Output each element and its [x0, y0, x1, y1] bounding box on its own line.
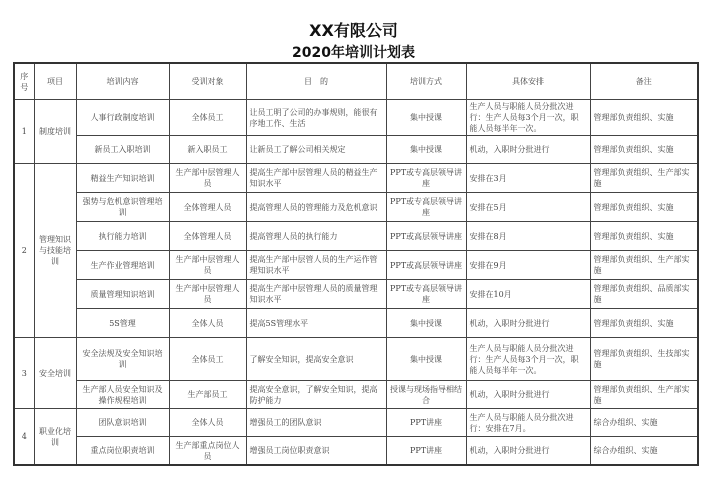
header-remark: 备注 — [590, 63, 698, 100]
cell-target: 生产部中层管理人员 — [169, 280, 246, 309]
cell-purpose: 让员工明了公司的办事规则，能很有序地工作、生活 — [246, 100, 386, 136]
cell-method: 集中授课 — [386, 309, 466, 338]
section-project: 制度培训 — [34, 100, 76, 164]
cell-purpose: 提高生产部中层管理人员的精益生产知识水平 — [246, 164, 386, 193]
table-row: 生产作业管理培训 生产部中层管理人员 提高生产部中层管人员的生产运作管理知识水平… — [14, 251, 698, 280]
cell-purpose: 提高管理人员的执行能力 — [246, 222, 386, 251]
table-row: 重点岗位职责培训 生产部重点岗位人员 增强员工岗位职责意识 PPT讲座 机动，入… — [14, 437, 698, 466]
cell-content: 新员工入职培训 — [76, 136, 169, 164]
section-no: 4 — [14, 409, 34, 466]
cell-target: 生产部重点岗位人员 — [169, 437, 246, 466]
section-no: 1 — [14, 100, 34, 164]
section-no: 3 — [14, 338, 34, 409]
cell-target: 全体员工 — [169, 338, 246, 381]
cell-content: 人事行政制度培训 — [76, 100, 169, 136]
table-row: 3 安全培训 安全法规及安全知识培训 全体员工 了解安全知识，提高安全意识 集中… — [14, 338, 698, 381]
cell-remark: 管理部负责组织、生产部实施 — [590, 164, 698, 193]
cell-schedule: 安排在8月 — [466, 222, 590, 251]
table-row: 生产部人员安全知识及操作规程培训 生产部员工 提高安全意识，了解安全知识，提高防… — [14, 381, 698, 409]
cell-purpose: 让新员工了解公司相关规定 — [246, 136, 386, 164]
cell-schedule: 安排在5月 — [466, 193, 590, 222]
cell-remark: 管理部负责组织、生技部实施 — [590, 338, 698, 381]
cell-schedule: 生产人员与职能人员分批次进行：生产人员每3个月一次，职能人员每半年一次。 — [466, 100, 590, 136]
company-name: XX有限公司 — [0, 18, 707, 41]
cell-schedule: 机动，入职时分批进行 — [466, 136, 590, 164]
cell-method: 集中授课 — [386, 136, 466, 164]
cell-target: 全体管理人员 — [169, 193, 246, 222]
table-row: 4 职业化培训 团队意识培训 全体人员 增强员工的团队意识 PPT讲座 生产人员… — [14, 409, 698, 437]
header-method: 培训方式 — [386, 63, 466, 100]
cell-remark: 管理部负责组织、生产部实施 — [590, 251, 698, 280]
cell-purpose: 提高安全意识，了解安全知识，提高防护能力 — [246, 381, 386, 409]
table-row: 5S管理 全体人员 提高5S管理水平 集中授课 机动，入职时分批进行 管理部负责… — [14, 309, 698, 338]
cell-method: 授课与现场指导相结合 — [386, 381, 466, 409]
cell-purpose: 增强员工岗位职责意识 — [246, 437, 386, 466]
table-row: 新员工入职培训 新入职员工 让新员工了解公司相关规定 集中授课 机动，入职时分批… — [14, 136, 698, 164]
cell-content: 精益生产知识培训 — [76, 164, 169, 193]
cell-purpose: 提高生产部中层管人员的生产运作管理知识水平 — [246, 251, 386, 280]
header-row: 序号 项目 培训内容 受训对象 目 的 培训方式 具体安排 备注 — [14, 63, 698, 100]
cell-target: 全体管理人员 — [169, 222, 246, 251]
section-project: 安全培训 — [34, 338, 76, 409]
cell-method: 集中授课 — [386, 338, 466, 381]
header-purpose: 目 的 — [246, 63, 386, 100]
cell-target: 全体人员 — [169, 409, 246, 437]
cell-method: PPT或高层领导讲座 — [386, 222, 466, 251]
table-row: 执行能力培训 全体管理人员 提高管理人员的执行能力 PPT或高层领导讲座 安排在… — [14, 222, 698, 251]
cell-content: 生产部人员安全知识及操作规程培训 — [76, 381, 169, 409]
cell-content: 生产作业管理培训 — [76, 251, 169, 280]
cell-remark: 管理部负责组织、实施 — [590, 309, 698, 338]
cell-purpose: 了解安全知识，提高安全意识 — [246, 338, 386, 381]
cell-purpose: 提高生产部中层管理人员的质量管理知识水平 — [246, 280, 386, 309]
table-row: 质量管理知识培训 生产部中层管理人员 提高生产部中层管理人员的质量管理知识水平 … — [14, 280, 698, 309]
header-content: 培训内容 — [76, 63, 169, 100]
table-row: 强势与危机意识管理培训 全体管理人员 提高管理人员的管理能力及危机意识 PPT或… — [14, 193, 698, 222]
header-no: 序号 — [14, 63, 34, 100]
header-project: 项目 — [34, 63, 76, 100]
cell-method: PPT讲座 — [386, 437, 466, 466]
cell-remark: 管理部负责组织、实施 — [590, 100, 698, 136]
cell-content: 安全法规及安全知识培训 — [76, 338, 169, 381]
cell-schedule: 机动，入职时分批进行 — [466, 309, 590, 338]
cell-target: 全体员工 — [169, 100, 246, 136]
cell-content: 执行能力培训 — [76, 222, 169, 251]
section-no: 2 — [14, 164, 34, 338]
cell-method: PPT或专高层领导讲座 — [386, 164, 466, 193]
cell-method: PPT或专高层领导讲座 — [386, 280, 466, 309]
header-target: 受训对象 — [169, 63, 246, 100]
document-title: 2020年培训计划表 — [0, 42, 707, 62]
cell-schedule: 安排在9月 — [466, 251, 590, 280]
cell-content: 团队意识培训 — [76, 409, 169, 437]
cell-content: 5S管理 — [76, 309, 169, 338]
cell-schedule: 安排在10月 — [466, 280, 590, 309]
cell-remark: 管理部负责组织、生产部实施 — [590, 381, 698, 409]
cell-method: 集中授课 — [386, 100, 466, 136]
cell-method: PPT或专高层领导讲座 — [386, 193, 466, 222]
cell-content: 强势与危机意识管理培训 — [76, 193, 169, 222]
cell-target: 生产部中层管理人员 — [169, 251, 246, 280]
training-plan-table: 序号 项目 培训内容 受训对象 目 的 培训方式 具体安排 备注 1 制度培训 … — [13, 62, 699, 466]
cell-remark: 综合办组织、实施 — [590, 409, 698, 437]
cell-schedule: 机动，入职时分批进行 — [466, 381, 590, 409]
cell-schedule: 安排在3月 — [466, 164, 590, 193]
cell-purpose: 提高管理人员的管理能力及危机意识 — [246, 193, 386, 222]
cell-remark: 综合办组织、实施 — [590, 437, 698, 466]
cell-target: 生产部员工 — [169, 381, 246, 409]
cell-content: 质量管理知识培训 — [76, 280, 169, 309]
cell-remark: 管理部负责组织、品质部实施 — [590, 280, 698, 309]
cell-remark: 管理部负责组织、实施 — [590, 222, 698, 251]
cell-method: PPT或高层领导讲座 — [386, 251, 466, 280]
cell-target: 新入职员工 — [169, 136, 246, 164]
section-project: 职业化培训 — [34, 409, 76, 466]
cell-target: 生产部中层管理人员 — [169, 164, 246, 193]
cell-remark: 管理部负责组织、实施 — [590, 136, 698, 164]
cell-target: 全体人员 — [169, 309, 246, 338]
cell-content: 重点岗位职责培训 — [76, 437, 169, 466]
cell-schedule: 生产人员与职能人员分批次进行：生产人员每3个月一次，职能人员每半年一次。 — [466, 338, 590, 381]
table-row: 2 管理知识与技能培训 精益生产知识培训 生产部中层管理人员 提高生产部中层管理… — [14, 164, 698, 193]
table-row: 1 制度培训 人事行政制度培训 全体员工 让员工明了公司的办事规则，能很有序地工… — [14, 100, 698, 136]
cell-schedule: 机动，入职时分批进行 — [466, 437, 590, 466]
cell-purpose: 提高5S管理水平 — [246, 309, 386, 338]
cell-remark: 管理部负责组织、实施 — [590, 193, 698, 222]
section-project: 管理知识与技能培训 — [34, 164, 76, 338]
cell-method: PPT讲座 — [386, 409, 466, 437]
header-schedule: 具体安排 — [466, 63, 590, 100]
cell-purpose: 增强员工的团队意识 — [246, 409, 386, 437]
cell-schedule: 生产人员与职能人员分批次进行：安排在7月。 — [466, 409, 590, 437]
